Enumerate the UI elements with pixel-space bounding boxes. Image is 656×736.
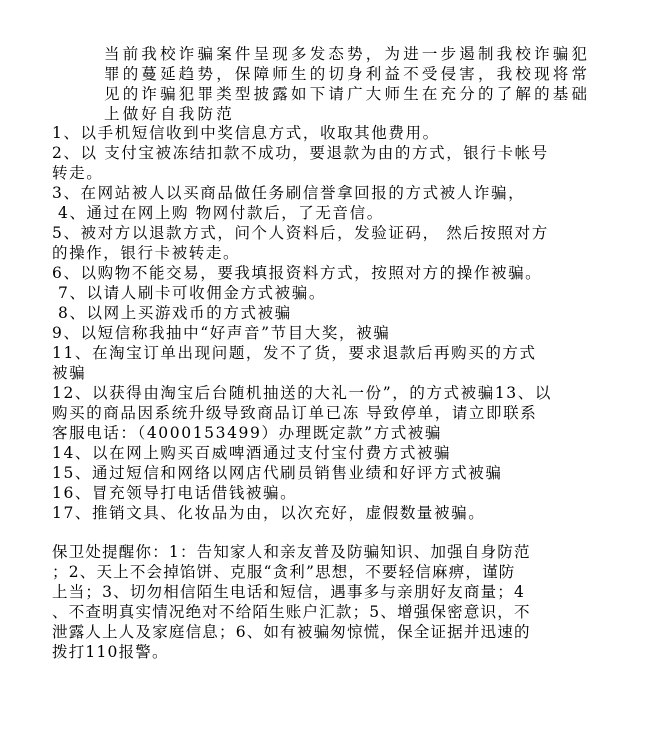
list-item: 2、以 支付宝被冻结扣款不成功，要退款为由的方式，银行卡帐号 bbox=[52, 143, 549, 163]
list-item: 6、以购物不能交易，要我填报资料方式，按照对方的操作被骗。 bbox=[52, 263, 542, 283]
intro-line: 上做好自我防范 bbox=[104, 104, 235, 124]
list-item: 14、以在网上购买百威啤酒通过支付宝付费方式被骗 bbox=[52, 443, 451, 463]
reminder-line: 泄露人上人及家庭信息；6、如有被骗匆惊慌，保全证据并迅速的 bbox=[52, 622, 531, 642]
list-item-continuation: 客服电话：（4000153499）办理既定款”方式被骗 bbox=[52, 423, 442, 443]
list-item: 7、以请人刷卡可收佣金方式被骗。 bbox=[58, 283, 326, 303]
list-item: 12、以获得由淘宝后台随机抽送的大礼一份”，的方式被骗13、以 bbox=[52, 383, 552, 403]
list-item-continuation: 转走。 bbox=[52, 163, 103, 183]
intro-line: 罪的蔓延趋势，保障师生的切身利益不受侵害，我校现将常 bbox=[104, 64, 590, 84]
list-item: 17、推销文具、化妆品为由，以次充好，虚假数量被骗。 bbox=[52, 503, 485, 523]
list-item: 1、以手机短信收到中奖信息方式，收取其他费用。 bbox=[52, 123, 440, 143]
intro-line: 当前我校诈骗案件呈现多发态势，为进一步遏制我校诈骗犯 bbox=[104, 44, 590, 64]
document-page: 当前我校诈骗案件呈现多发态势，为进一步遏制我校诈骗犯 罪的蔓延趋势，保障师生的切… bbox=[0, 0, 656, 736]
list-item: 11、在淘宝订单出现问题，发不了货，要求退款后再购买的方式 bbox=[52, 343, 537, 363]
list-item-continuation: 购买的商品因系统升级导致商品订单已冻 导致停单，请立即联系 bbox=[52, 403, 537, 423]
reminder-line: 、不查明真实情况绝对不给陌生账户汇款；5、增强保密意识，不 bbox=[52, 602, 531, 622]
reminder-line: ；2、天上不会掉馅饼、克服“贪利”思想，不要轻信麻痹，谨防 bbox=[52, 562, 516, 582]
reminder-line: 保卫处提醒你：1：告知家人和亲友普及防骗知识、加强自身防范 bbox=[52, 542, 531, 562]
list-item-continuation: 被骗 bbox=[52, 363, 86, 383]
list-item: 5、被对方以退款方式，问个人资料后，发验证码， 然后按照对方 bbox=[52, 223, 549, 243]
list-item: 16、冒充领导打电话借钱被骗。 bbox=[52, 483, 297, 503]
list-item: 15、通过短信和网络以网店代刷员销售业绩和好评方式被骗 bbox=[52, 463, 502, 483]
reminder-line: 上当；3、切勿相信陌生电话和短信，遇事多与亲朋好友商量；4 bbox=[52, 582, 525, 602]
list-item: 3、在网站被人以买商品做任务刷信誉拿回报的方式被人诈骗， bbox=[52, 183, 525, 203]
list-item: 8、以网上买游戏币的方式被骗 bbox=[58, 303, 292, 323]
list-item-continuation: 的操作，银行卡被转走。 bbox=[52, 243, 240, 263]
intro-line: 见的诈骗犯罪类型披露如下请广大师生在充分的了解的基础 bbox=[104, 84, 590, 104]
list-item: 4、通过在网上购 物网付款后，了无音信。 bbox=[58, 203, 384, 223]
reminder-line: 拨打110报警。 bbox=[52, 642, 169, 662]
list-item: 9、以短信称我抽中“好声音”节目大奖，被骗 bbox=[52, 323, 390, 343]
